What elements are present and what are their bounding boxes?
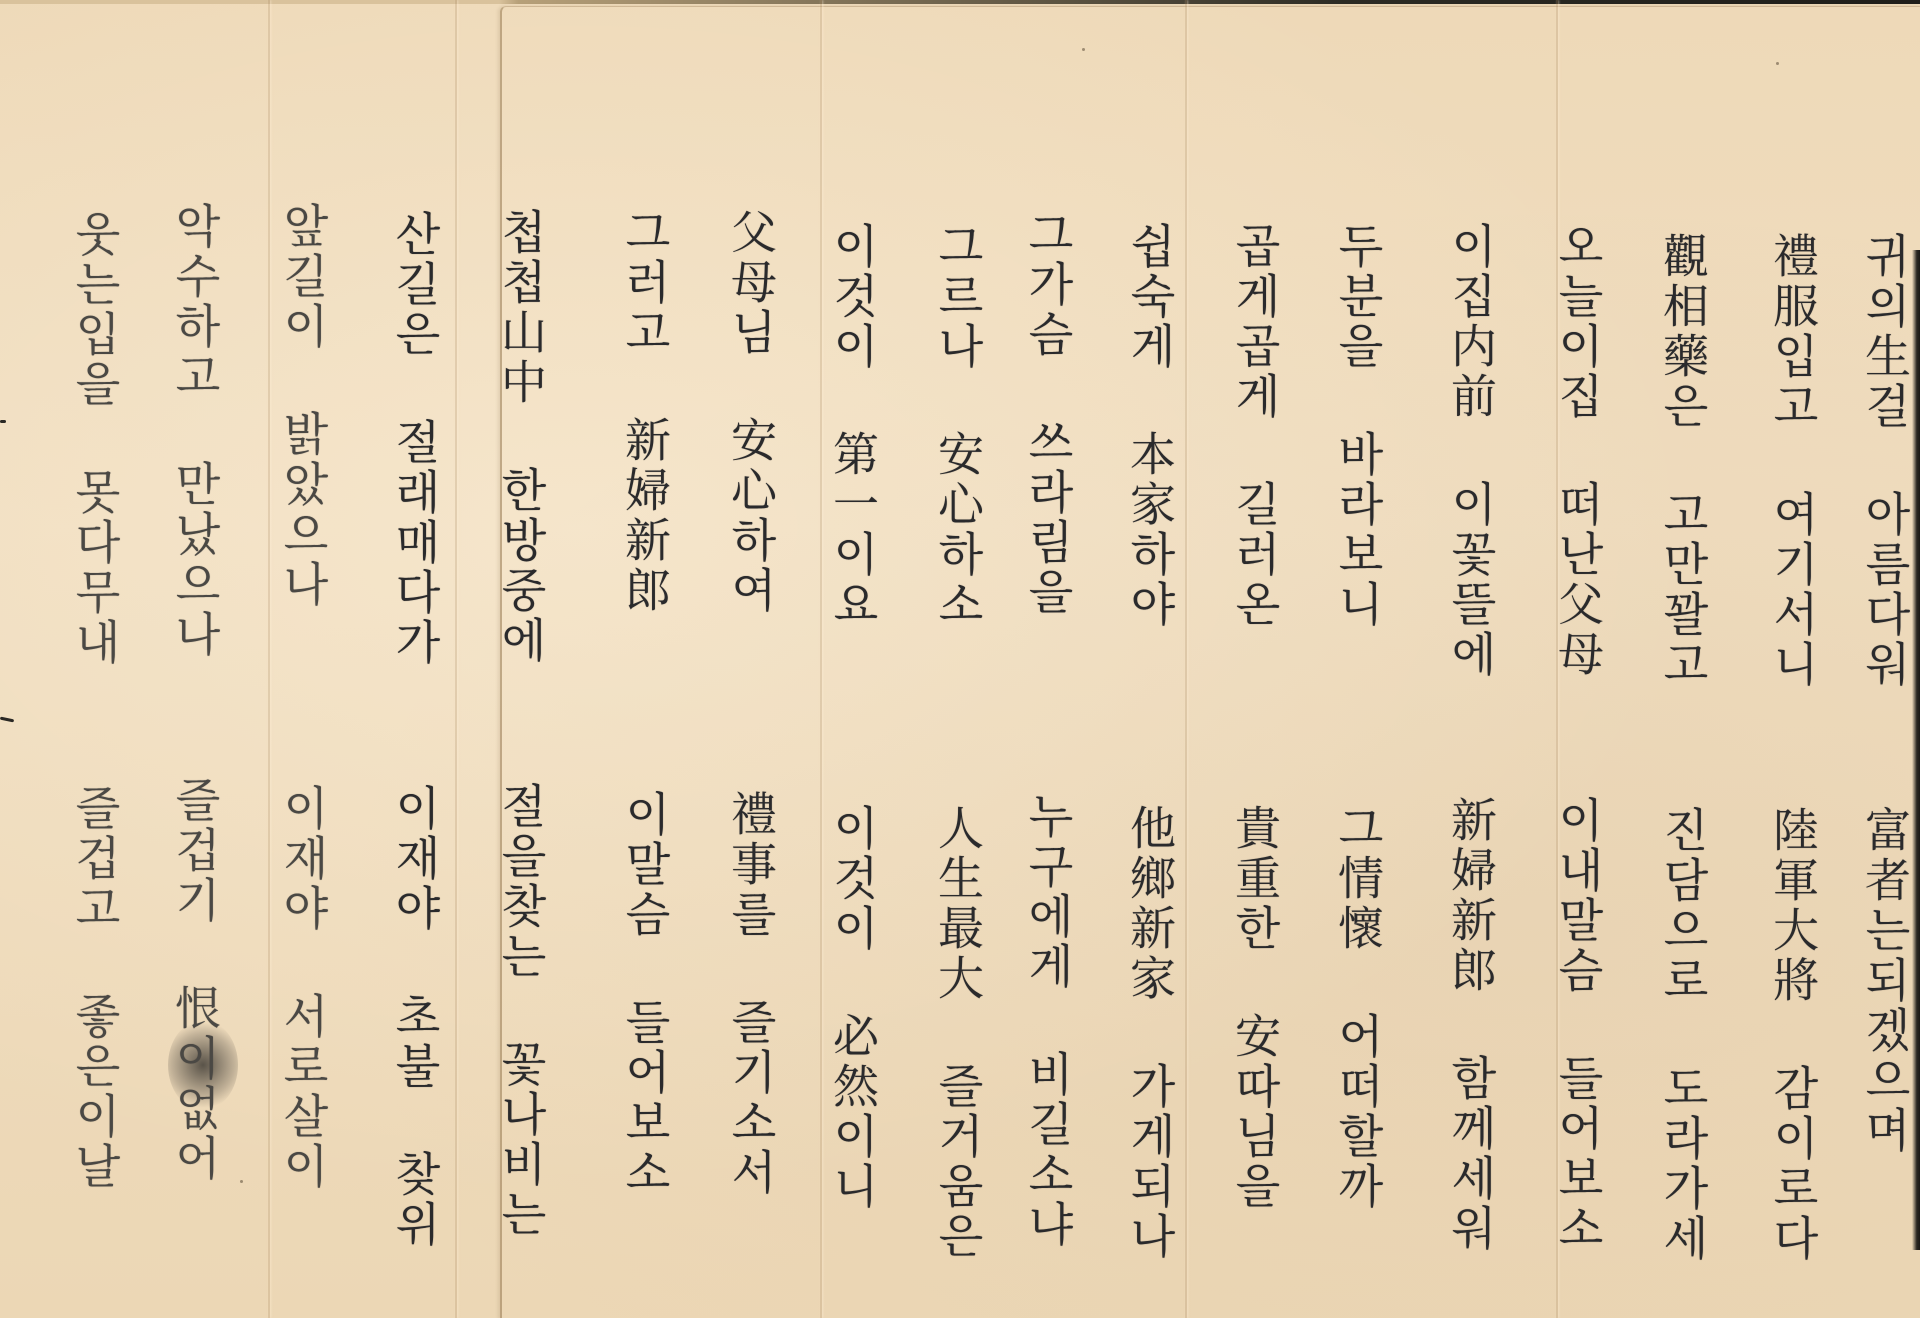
text-column-6: 두분을 바라보니 그情懷 어떠할까 [1335, 222, 1381, 1212]
paper-speck [240, 1180, 243, 1183]
scan-top-edge [0, 0, 1920, 4]
text-column-18: 웃는입을 못다무내 즐겁고 좋은이날 [72, 210, 118, 1192]
text-column-9: 그가슴 쓰라림을 누구에게 비길소냐 [1025, 210, 1071, 1250]
fold-line [820, 0, 822, 1318]
scan-right-edge [1912, 250, 1920, 1250]
fold-line [268, 0, 270, 1318]
text-column-14: 첩첩山中 한방중에 절을찾는 꽃나비는 [498, 208, 544, 1240]
text-column-2: 禮服입고 여기서니 陸軍大將 감이로다 [1770, 232, 1816, 1264]
text-column-1: 귀의生걸 아름다워 富者는되겠으며 [1862, 232, 1908, 1156]
text-column-7: 곱게곱게 길러온 貴重한 安따님을 [1232, 222, 1278, 1212]
text-column-10: 그르나 安心하소 人生最大 즐거움은 [935, 222, 981, 1262]
text-column-3: 觀相藥은 고만꽐고 진담으로 도라가세 [1660, 232, 1706, 1264]
paper-speck [1776, 62, 1779, 65]
margin-mark [0, 420, 6, 423]
text-column-5: 이집内前 이꽃뜰에 新婦新郎 함께세워 [1448, 222, 1494, 1254]
text-column-11: 이것이 第一이요 이것이 必然이니 [830, 222, 876, 1212]
margin-mark [0, 717, 14, 723]
fold-line [1185, 0, 1187, 1318]
fold-line [455, 0, 457, 1318]
text-column-17: 악수하고 만났으나 즐겁기 恨이없어 [172, 202, 218, 1184]
text-column-4: 오늘이집 떠난父母 이내말슴 들어보소 [1555, 222, 1601, 1254]
text-column-12: 父母님 安心하여 禮事를 즐기소서 [728, 208, 774, 1198]
text-column-15: 산길은 절래매다가 이재야 초불 찾위 [392, 210, 438, 1250]
paper-speck [1082, 48, 1085, 51]
text-column-16: 앞길이 밝았으나 이재야 서로살이 [280, 202, 326, 1192]
text-column-8: 쉽숙게 本家하야 他鄉新家 가게되나 [1127, 222, 1173, 1262]
text-column-13: 그러고 新婦新郎 이말슴 들어보소 [622, 208, 668, 1198]
manuscript-page: 귀의生걸 아름다워 富者는되겠으며 禮服입고 여기서니 陸軍大將 감이로다 觀相… [0, 0, 1920, 1318]
